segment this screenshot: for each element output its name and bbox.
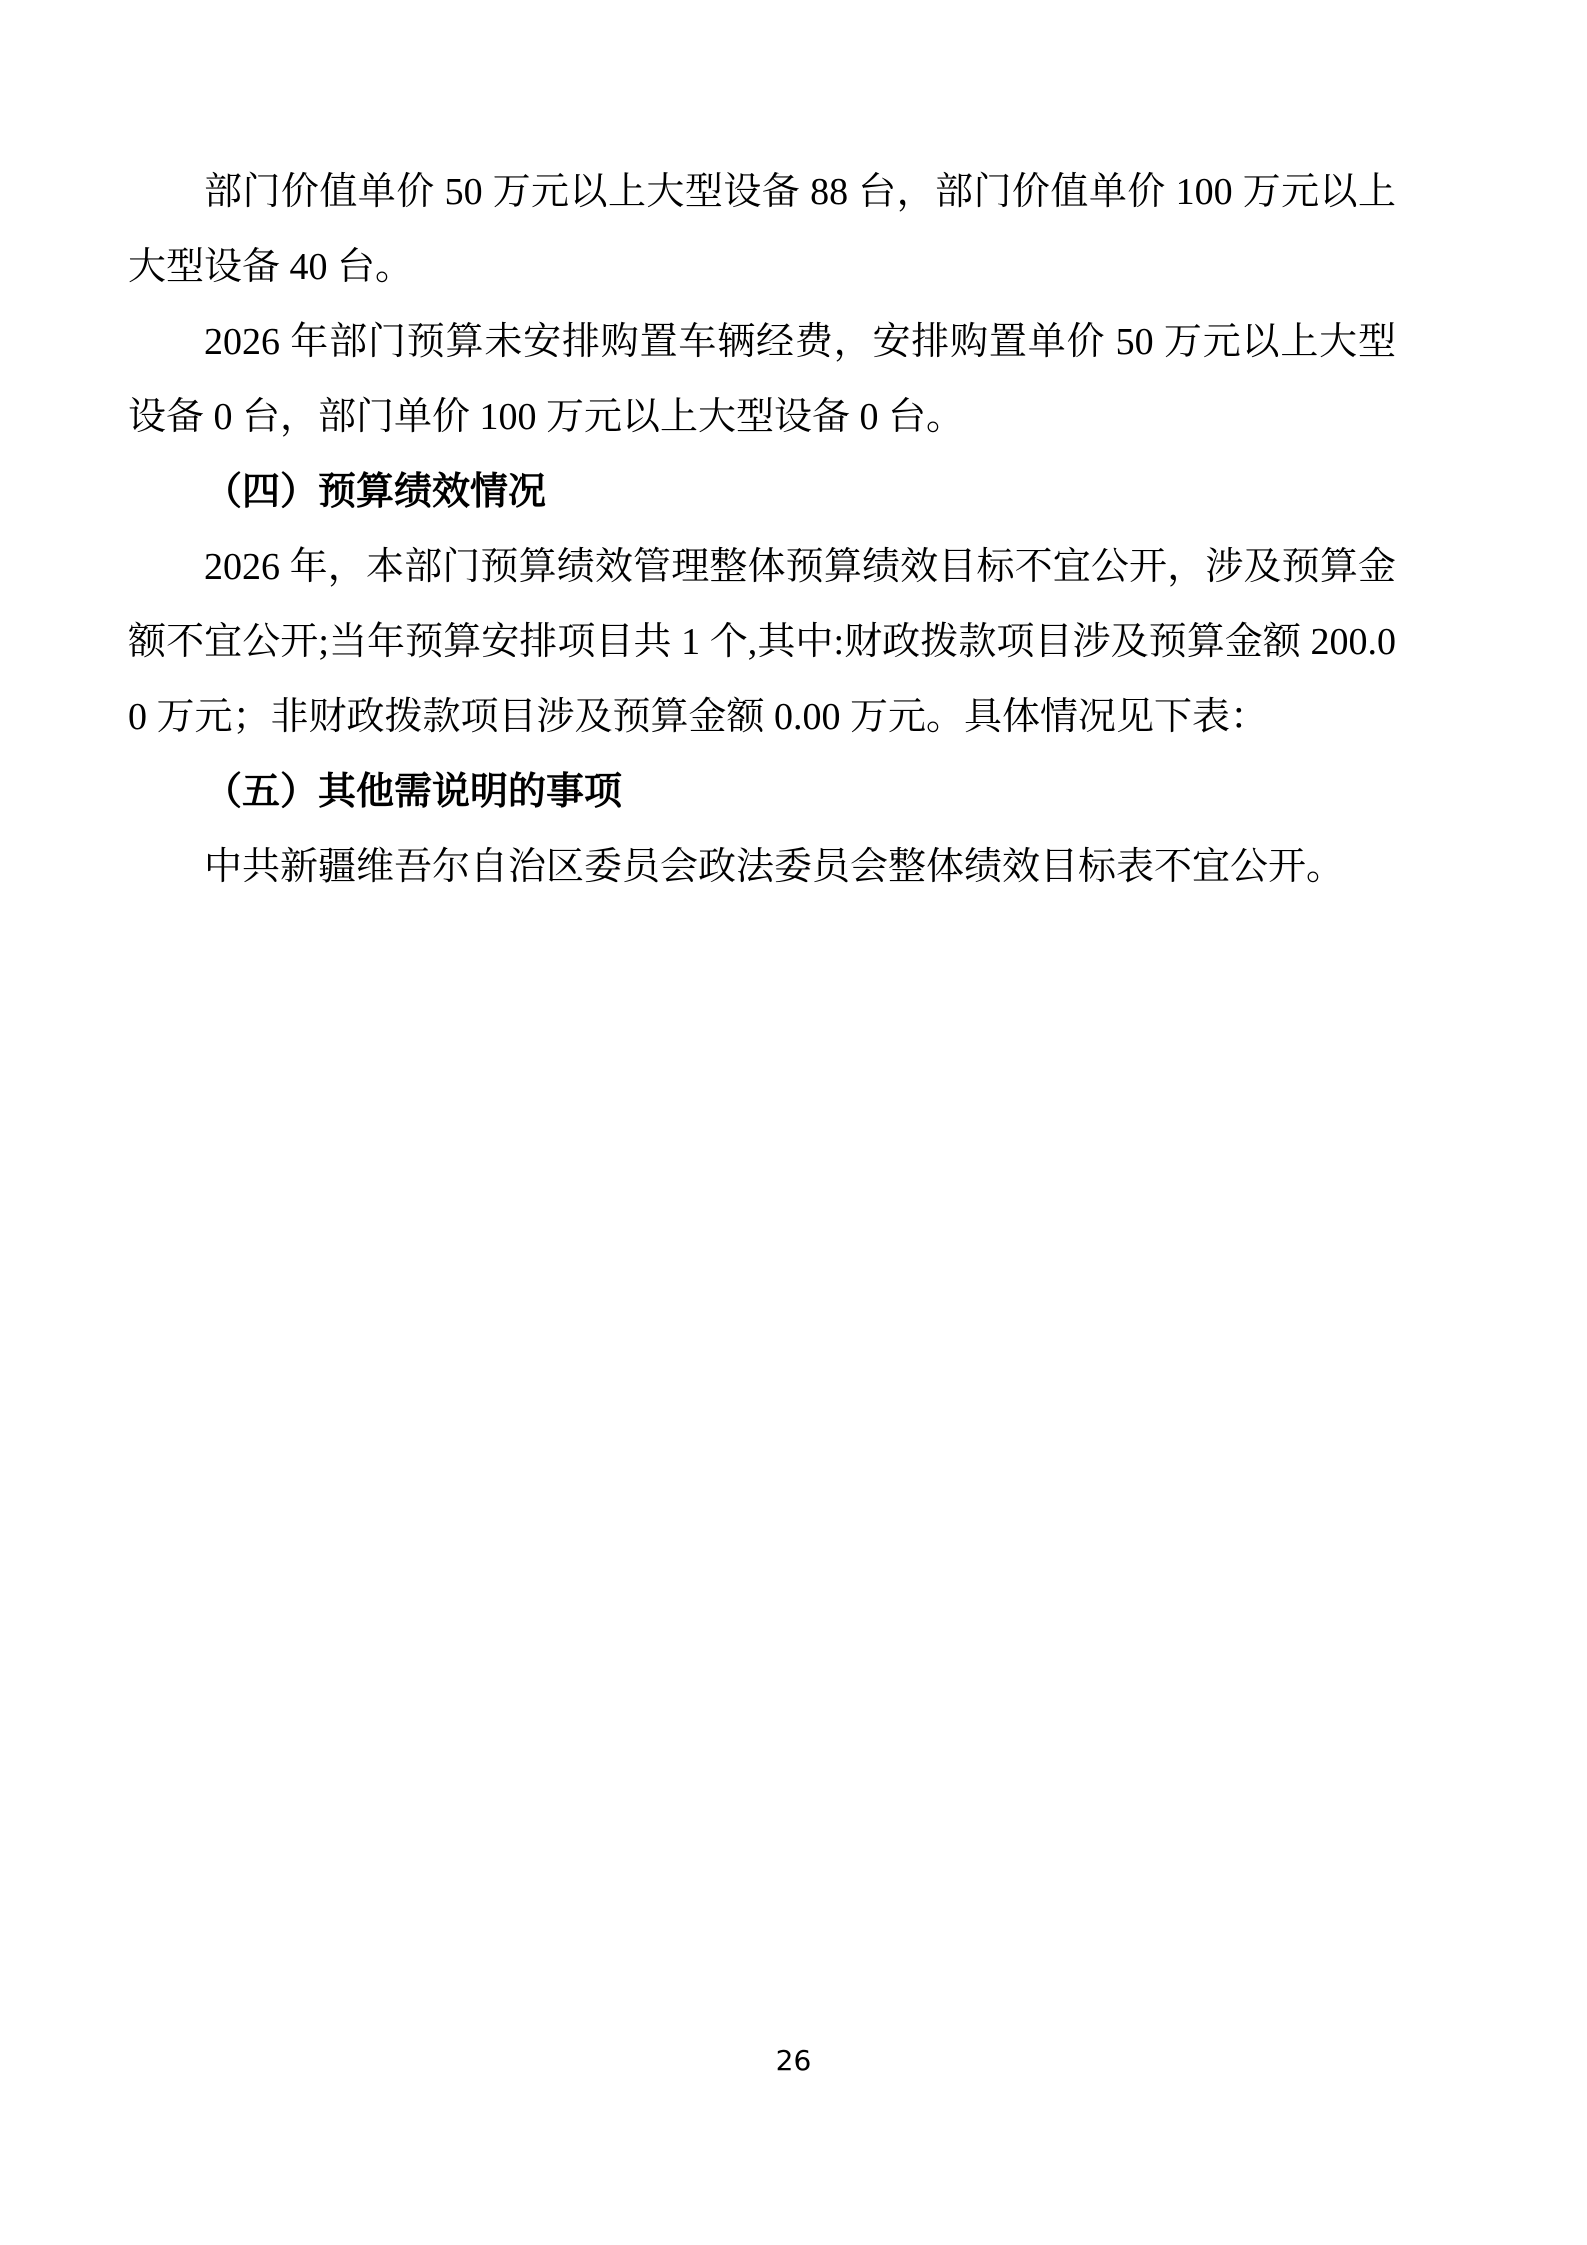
section-heading-other-notes: （五）其他需说明的事项 <box>128 755 1396 830</box>
document-content: 部门价值单价 50 万元以上大型设备 88 台，部门价值单价 100 万元以上大… <box>128 155 1396 905</box>
document-page: 部门价值单价 50 万元以上大型设备 88 台，部门价值单价 100 万元以上大… <box>0 0 1587 2245</box>
page-number: 26 <box>0 2044 1587 2078</box>
paragraph-budget-performance-details: 2026 年，本部门预算绩效管理整体预算绩效目标不宜公开，涉及预算金额不宜公开;… <box>128 530 1396 755</box>
paragraph-vehicle-and-equipment-budget: 2026 年部门预算未安排购置车辆经费，安排购置单价 50 万元以上大型设备 0… <box>128 305 1396 455</box>
section-heading-budget-performance: （四）预算绩效情况 <box>128 455 1396 530</box>
paragraph-large-equipment-counts: 部门价值单价 50 万元以上大型设备 88 台，部门价值单价 100 万元以上大… <box>128 155 1396 305</box>
paragraph-performance-target-table-note: 中共新疆维吾尔自治区委员会政法委员会整体绩效目标表不宜公开。 <box>128 830 1396 905</box>
